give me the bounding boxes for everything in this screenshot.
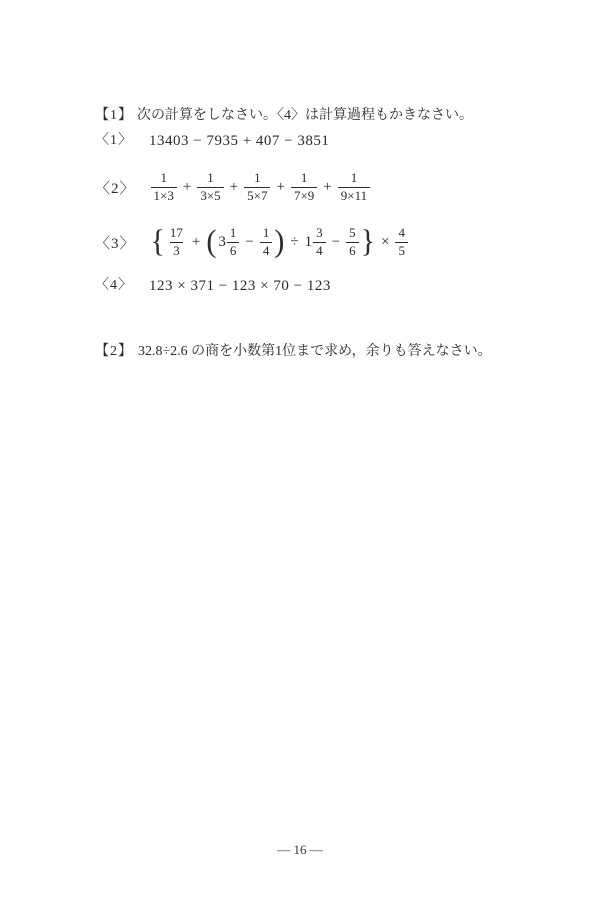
numerator: 4 <box>395 226 408 242</box>
fraction: 13×5 <box>197 171 223 204</box>
problem-1-part-4: 〈4〉 123 × 371 − 123 × 70 − 123 <box>95 276 331 296</box>
numerator: 5 <box>346 226 359 242</box>
fraction: 11×3 <box>151 171 177 204</box>
denominator: 3×5 <box>197 187 223 204</box>
numerator: 1 <box>204 171 217 187</box>
whole-number: 1 <box>305 234 313 251</box>
fraction: 17×9 <box>291 171 317 204</box>
problem-2-heading: 【2】 32.8÷2.6 の商を小数第1位まで求め，余りも答えなさい。 <box>95 342 492 362</box>
part-2-expression: 11×3+13×5+15×7+17×9+19×11 <box>150 171 372 204</box>
operator: + <box>230 179 238 196</box>
denominator: 4 <box>260 242 273 259</box>
numerator: 3 <box>313 226 326 242</box>
page-footer: — 16 — <box>0 842 600 858</box>
denominator: 6 <box>346 242 359 259</box>
fraction: 56 <box>346 226 359 259</box>
problem-1-heading: 【1】 次の計算をしなさい。〈4〉は計算過程もかきなさい。 <box>95 106 473 126</box>
operator: + <box>183 179 191 196</box>
numerator: 1 <box>227 226 240 242</box>
operator: + <box>276 179 284 196</box>
fraction: 14 <box>260 226 273 259</box>
fraction: 15×7 <box>244 171 270 204</box>
part-1-label: 〈1〉 <box>95 131 133 151</box>
problem-2-text: 32.8÷2.6 の商を小数第1位まで求め，余りも答えなさい。 <box>138 342 492 362</box>
fraction: 19×11 <box>338 171 370 204</box>
part-2-label: 〈2〉 <box>95 177 136 198</box>
numerator: 1 <box>251 171 264 187</box>
numerator: 1 <box>260 226 273 242</box>
denominator: 7×9 <box>291 187 317 204</box>
problem-1-part-3: 〈3〉 {173+(316−14)÷134−56}×45 <box>95 219 409 265</box>
whole-number: 3 <box>218 234 226 251</box>
denominator: 6 <box>227 242 240 259</box>
mixed-number: 134 <box>305 226 326 259</box>
part-1-expression: 13403 − 7935 + 407 − 3851 <box>149 131 329 151</box>
denominator: 4 <box>313 242 326 259</box>
operator: ÷ <box>290 234 298 251</box>
numerator: 17 <box>167 226 186 242</box>
mixed-number: 316 <box>218 226 239 259</box>
fraction: 173 <box>167 226 186 259</box>
denominator: 1×3 <box>151 187 177 204</box>
worksheet-page: 【1】 次の計算をしなさい。〈4〉は計算過程もかきなさい。 〈1〉 13403 … <box>0 0 600 900</box>
operator: × <box>381 234 389 251</box>
part-4-label: 〈4〉 <box>95 276 133 296</box>
operator: + <box>192 234 200 251</box>
fraction: 45 <box>395 226 408 259</box>
operator: + <box>323 179 331 196</box>
operator: − <box>245 234 253 251</box>
denominator: 5×7 <box>244 187 270 204</box>
bracket: ) <box>274 226 284 258</box>
part-4-expression: 123 × 371 − 123 × 70 − 123 <box>149 276 331 296</box>
problem-1-part-2: 〈2〉 11×3+13×5+15×7+17×9+19×11 <box>95 166 371 208</box>
problem-1-part-1: 〈1〉 13403 − 7935 + 407 − 3851 <box>95 131 329 151</box>
numerator: 1 <box>348 171 361 187</box>
bracket: ( <box>206 226 216 258</box>
numerator: 1 <box>157 171 170 187</box>
bracket: { <box>151 226 165 258</box>
bracket: } <box>361 226 375 258</box>
page-number: — 16 — <box>277 842 323 858</box>
problem-1-instruction: 次の計算をしなさい。〈4〉は計算過程もかきなさい。 <box>137 106 473 126</box>
problem-1-number: 【1】 <box>95 106 133 126</box>
part-3-expression: {173+(316−14)÷134−56}×45 <box>150 226 409 259</box>
denominator: 3 <box>170 242 183 259</box>
operator: − <box>332 234 340 251</box>
denominator: 5 <box>395 242 408 259</box>
numerator: 1 <box>298 171 311 187</box>
denominator: 9×11 <box>338 187 370 204</box>
part-3-label: 〈3〉 <box>95 232 136 253</box>
problem-2-number: 【2】 <box>95 342 133 362</box>
